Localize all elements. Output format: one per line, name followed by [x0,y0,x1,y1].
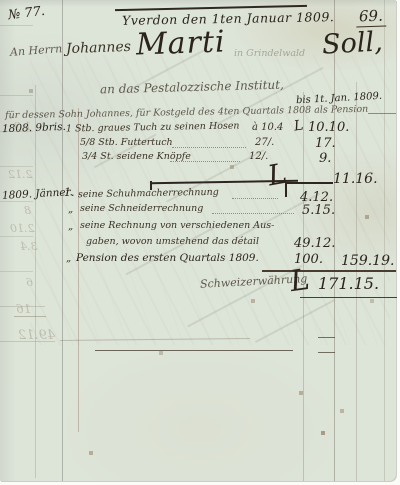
left-ledger-rule [0,236,33,237]
entry-day: „ [68,221,73,232]
entry-day: „ [68,204,73,215]
entry-day: 1. [64,186,75,199]
left-ledger-rule [0,25,33,26]
margin-rule-left [62,0,63,481]
entry-rate: 27/. [255,137,274,148]
left-ledger-rule [0,271,33,272]
foxing-specks [0,0,2,2]
entry-day: „ [66,253,71,264]
lower-horizontal-rule [95,350,293,351]
folio-number: 69. [356,6,387,27]
dot-leader [170,160,240,162]
entry-amount: 10.10. [308,120,349,135]
entry-margin-date: 1808. 9bris. [2,121,66,135]
entry-description-line2: gaben, wovon umstehend das détail [86,236,259,247]
entry-amount: 49.12. [294,236,335,251]
entry-amount: 9. [319,151,331,166]
left-ledger-rule [0,166,33,167]
total-rule-top [262,270,396,272]
entry-description-line1: seine Rechnung von verschiedenen Aus- [80,220,274,231]
bleedthrough-number: 6 [26,276,33,289]
bleedthrough-number: 2.10 [10,222,35,235]
margin-rule-left-red [78,108,79,432]
bleedthrough-number: 2.12 [8,168,33,181]
addressee-given-name: Johannes [66,39,131,57]
entry-description: seine Schneiderrechnung [80,203,203,214]
bleedthrough-rule [14,316,46,317]
total-rule-bottom [300,297,397,298]
intro-trailing-rule [368,113,396,114]
bleedthrough-number: 16 [16,302,31,316]
debit-heading: Soll, [321,26,383,60]
dot-leader [232,197,278,199]
scanned-ledger-page: № 77. Yverdon den 1ten Januar 1809. 69. … [0,0,400,485]
bleedthrough-number: 1.3 [14,120,32,133]
margin-rule-left-faint [35,85,36,478]
addressee-surname: Marti [135,24,226,62]
amount-col-rule-4 [384,0,385,481]
bleedthrough-number: 49.12 [18,328,55,343]
total-amount: 171.15. [318,274,379,293]
bleedthrough-number: 8 [24,204,31,217]
left-ledger-rule [0,95,33,96]
right-tick-rule [318,337,335,338]
entry-rate: à 10.4 [252,122,283,133]
entry-description: 5/8 Stb. Futtertuch [80,137,173,148]
subtotal-clothing: 11.16. [333,171,378,187]
bleedthrough-number: 3.4 [20,240,38,253]
dot-leader [172,146,246,148]
addressee-residence: in Grindelwald [234,48,305,59]
subtotal-1809: 159.19. [341,253,394,269]
right-tick-rule [318,352,335,353]
entry-amount: 5.15. [302,203,335,218]
entry-description: Pension des ersten Quartals 1809. [76,252,259,264]
entry-amount: 17. [315,136,336,151]
